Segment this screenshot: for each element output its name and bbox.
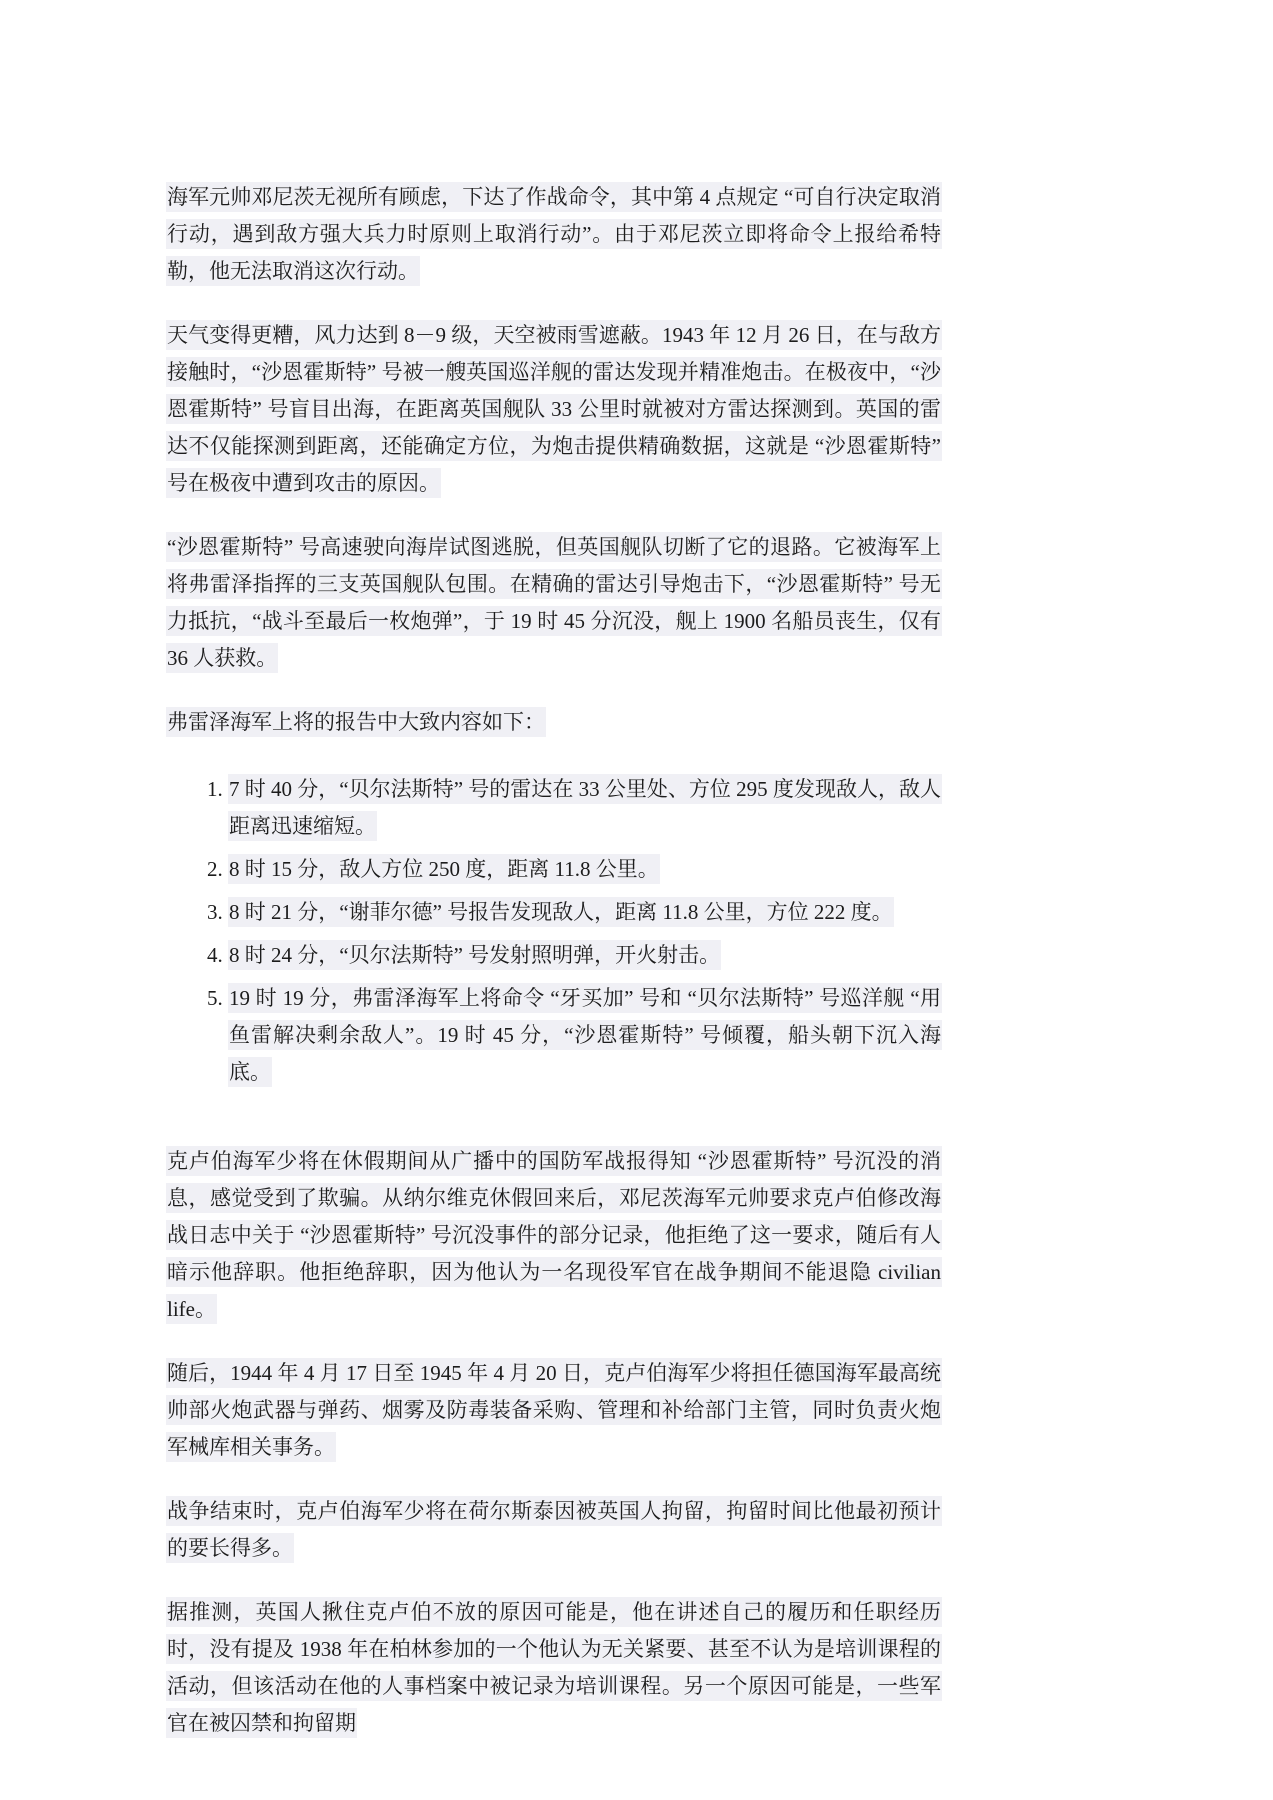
- highlighted-text: 据推测，英国人揪住克卢伯不放的原因可能是，他在讲述自己的履历和任职经历时，没有提…: [166, 1597, 942, 1738]
- paragraph-detention-speculation: 据推测，英国人揪住克卢伯不放的原因可能是，他在讲述自己的履历和任职经历时，没有提…: [166, 1594, 942, 1742]
- highlighted-text: 海军元帅邓尼茨无视所有顾虑，下达了作战命令，其中第 4 点规定 “可自行决定取消…: [166, 182, 942, 286]
- paragraph-klueber-appointment: 随后，1944 年 4 月 17 日至 1945 年 4 月 20 日，克卢伯海…: [166, 1355, 942, 1466]
- highlighted-text: 克卢伯海军少将在休假期间从广播中的国防军战报得知 “沙恩霍斯特” 号沉没的消息，…: [166, 1146, 942, 1324]
- paragraph-scharnhorst-sinking: “沙恩霍斯特” 号高速驶向海岸试图逃脱，但英国舰队切断了它的退路。它被海军上将弗…: [166, 529, 942, 677]
- list-item-1: 7 时 40 分，“贝尔法斯特” 号的雷达在 33 公里处、方位 295 度发现…: [228, 771, 942, 845]
- highlighted-text: 19 时 19 分，弗雷泽海军上将命令 “牙买加” 号和 “贝尔法斯特” 号巡洋…: [228, 983, 942, 1087]
- list-item-2: 8 时 15 分，敌人方位 250 度，距离 11.8 公里。: [228, 851, 942, 888]
- paragraph-fraser-report-intro: 弗雷泽海军上将的报告中大致内容如下：: [166, 704, 942, 741]
- paragraph-weather-radar: 天气变得更糟，风力达到 8－9 级，天空被雨雪遮蔽。1943 年 12 月 26…: [166, 317, 942, 502]
- list-item-4: 8 时 24 分，“贝尔法斯特” 号发射照明弹，开火射击。: [228, 937, 942, 974]
- highlighted-text: 7 时 40 分，“贝尔法斯特” 号的雷达在 33 公里处、方位 295 度发现…: [228, 774, 942, 841]
- highlighted-text: 弗雷泽海军上将的报告中大致内容如下：: [166, 707, 546, 737]
- highlighted-text: 天气变得更糟，风力达到 8－9 级，天空被雨雪遮蔽。1943 年 12 月 26…: [166, 320, 942, 498]
- highlighted-text: 8 时 24 分，“贝尔法斯特” 号发射照明弹，开火射击。: [228, 940, 721, 970]
- document-page: { "page": { "background": "#ffffff", "hi…: [0, 0, 1273, 1800]
- document-body: 海军元帅邓尼茨无视所有顾虑，下达了作战命令，其中第 4 点规定 “可自行决定取消…: [0, 0, 942, 1742]
- paragraph-klueber-refusal: 克卢伯海军少将在休假期间从广播中的国防军战报得知 “沙恩霍斯特” 号沉没的消息，…: [166, 1143, 942, 1328]
- text-column: 海军元帅邓尼茨无视所有顾虑，下达了作战命令，其中第 4 点规定 “可自行决定取消…: [166, 179, 942, 1742]
- paragraph-doenitz-order: 海军元帅邓尼茨无视所有顾虑，下达了作战命令，其中第 4 点规定 “可自行决定取消…: [166, 179, 942, 290]
- highlighted-text: 随后，1944 年 4 月 17 日至 1945 年 4 月 20 日，克卢伯海…: [166, 1358, 942, 1462]
- list-item-3: 8 时 21 分，“谢菲尔德” 号报告发现敌人，距离 11.8 公里，方位 22…: [228, 894, 942, 931]
- highlighted-text: 战争结束时，克卢伯海军少将在荷尔斯泰因被英国人拘留，拘留时间比他最初预计的要长得…: [166, 1496, 942, 1563]
- highlighted-text: 8 时 15 分，敌人方位 250 度，距离 11.8 公里。: [228, 854, 660, 884]
- paragraph-klueber-detention: 战争结束时，克卢伯海军少将在荷尔斯泰因被英国人拘留，拘留时间比他最初预计的要长得…: [166, 1493, 942, 1567]
- fraser-report-list: 7 时 40 分，“贝尔法斯特” 号的雷达在 33 公里处、方位 295 度发现…: [166, 771, 942, 1091]
- highlighted-text: 8 时 21 分，“谢菲尔德” 号报告发现敌人，距离 11.8 公里，方位 22…: [228, 897, 894, 927]
- list-item-5: 19 时 19 分，弗雷泽海军上将命令 “牙买加” 号和 “贝尔法斯特” 号巡洋…: [228, 980, 942, 1091]
- highlighted-text: “沙恩霍斯特” 号高速驶向海岸试图逃脱，但英国舰队切断了它的退路。它被海军上将弗…: [166, 532, 942, 673]
